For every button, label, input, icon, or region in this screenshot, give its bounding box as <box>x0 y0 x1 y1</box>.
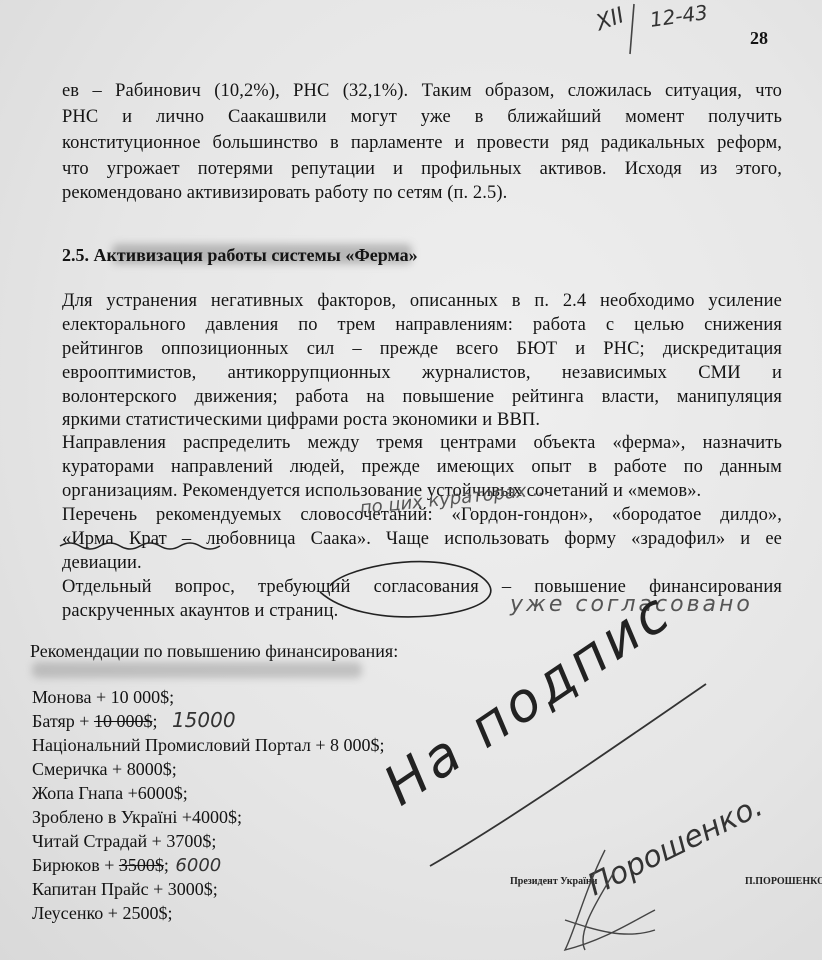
funding-item-amount: + 10 000$; <box>96 687 174 707</box>
funding-item-amount: + 3700$; <box>152 831 217 851</box>
intro-line-1: ев – Рабинович (10,2%), РНС (32,1%). Так… <box>62 80 782 102</box>
funding-item-zrobleno: Зроблено в Україні +4000$; <box>32 806 242 828</box>
funding-item-tail: ; <box>164 855 169 875</box>
funding-heading: Рекомендации по повышению финансирования… <box>30 640 398 662</box>
funding-item-amount: + 3000$; <box>153 879 218 899</box>
funding-item-name: Батяр <box>32 711 75 731</box>
paragraph-1-line-6: яркими статистическими цифрами роста эко… <box>62 409 782 431</box>
funding-item-leusenko: Леусенко + 2500$; <box>32 902 172 924</box>
funding-item-name: Читай Страдай <box>32 831 147 851</box>
funding-item-name: Зроблено в Україні <box>32 807 177 827</box>
funding-item-tail: ; <box>152 711 157 731</box>
funding-item-batyar: Батяр + 10 000$; 15000 <box>32 709 236 732</box>
funding-item-chytai: Читай Страдай + 3700$; <box>32 830 216 852</box>
funding-item-name: Леусенко <box>32 903 103 923</box>
handwritten-amount-correction: 6000 <box>175 855 221 876</box>
funding-item-struck-amount: 3500$ <box>119 855 164 875</box>
section-heading: 2.5. Активизация работы системы «Ферма» <box>62 245 418 266</box>
funding-item-struck-amount: 10 000$ <box>94 711 153 731</box>
intro-line-2: РНС и лично Саакашвили могут уже в ближа… <box>62 106 782 128</box>
paragraph-1-line-4: еврооптимистов, антикоррупционных журнал… <box>62 362 782 384</box>
funding-item-biryukov: Бирюков + 3500$; 6000 <box>32 854 221 877</box>
funding-item-amount: +6000$; <box>128 783 188 803</box>
page-number: 28 <box>750 28 768 49</box>
handwritten-amount-correction: 15000 <box>172 708 236 732</box>
funding-item-amount: + 8 000$; <box>315 735 384 755</box>
intro-line-4: что угрожает потерями репутации и профил… <box>62 158 782 180</box>
funding-item-name: Бирюков <box>32 855 100 875</box>
handwritten-divider-stroke <box>628 4 638 56</box>
funding-item-name: Монова <box>32 687 91 707</box>
funding-item-amount: +4000$; <box>182 807 242 827</box>
paragraph-1-line-1: Для устранения негативных факторов, опис… <box>62 290 782 312</box>
document-page: XII 12-43 28 ев – Рабинович (10,2%), РНС… <box>0 0 822 960</box>
signature-name: П.ПОРОШЕНКО <box>745 876 822 887</box>
funding-item-name: Смеричка <box>32 759 108 779</box>
wavy-underline-mark <box>60 540 220 552</box>
funding-item-name: Жопа Гнапа <box>32 783 123 803</box>
signature-flourish-stroke <box>545 850 665 960</box>
funding-item-amount: + <box>104 855 119 875</box>
funding-item-name: Капитан Прайс <box>32 879 149 899</box>
intro-line-5: рекомендовано активизировать работу по с… <box>62 182 782 204</box>
funding-item-smerichka: Смеричка + 8000$; <box>32 758 177 780</box>
handwritten-roman-numeral: XII <box>593 3 628 36</box>
funding-item-monova: Монова + 10 000$; <box>32 686 174 708</box>
redaction-smudge <box>32 662 362 678</box>
funding-item-portal: Національний Промисловий Портал + 8 000$… <box>32 734 385 756</box>
funding-item-amount: + 2500$; <box>108 903 173 923</box>
funding-item-zhopa-gnapa: Жопа Гнапа +6000$; <box>32 782 188 804</box>
paragraph-1-line-3: рейтингов оппозиционных сил – прежде все… <box>62 338 782 360</box>
circle-annotation-mark <box>310 530 510 620</box>
funding-item-name: Національний Промисловий Портал <box>32 735 311 755</box>
paragraph-1-line-5: волонтерского движения; работа на повыше… <box>62 386 782 408</box>
intro-line-3: конституционное большинство в парламенте… <box>62 132 782 154</box>
funding-item-amount: + <box>79 711 94 731</box>
funding-item-amount: + 8000$; <box>112 759 177 779</box>
funding-item-kapitan-prais: Капитан Прайс + 3000$; <box>32 878 218 900</box>
handwritten-time: 12-43 <box>648 0 709 32</box>
paragraph-2-line-1: Направления распределить между тремя цен… <box>62 432 782 454</box>
paragraph-2-line-2: кураторами направлений людей, прежде име… <box>62 456 782 478</box>
paragraph-1-line-2: електорального давления по трем направле… <box>62 314 782 336</box>
